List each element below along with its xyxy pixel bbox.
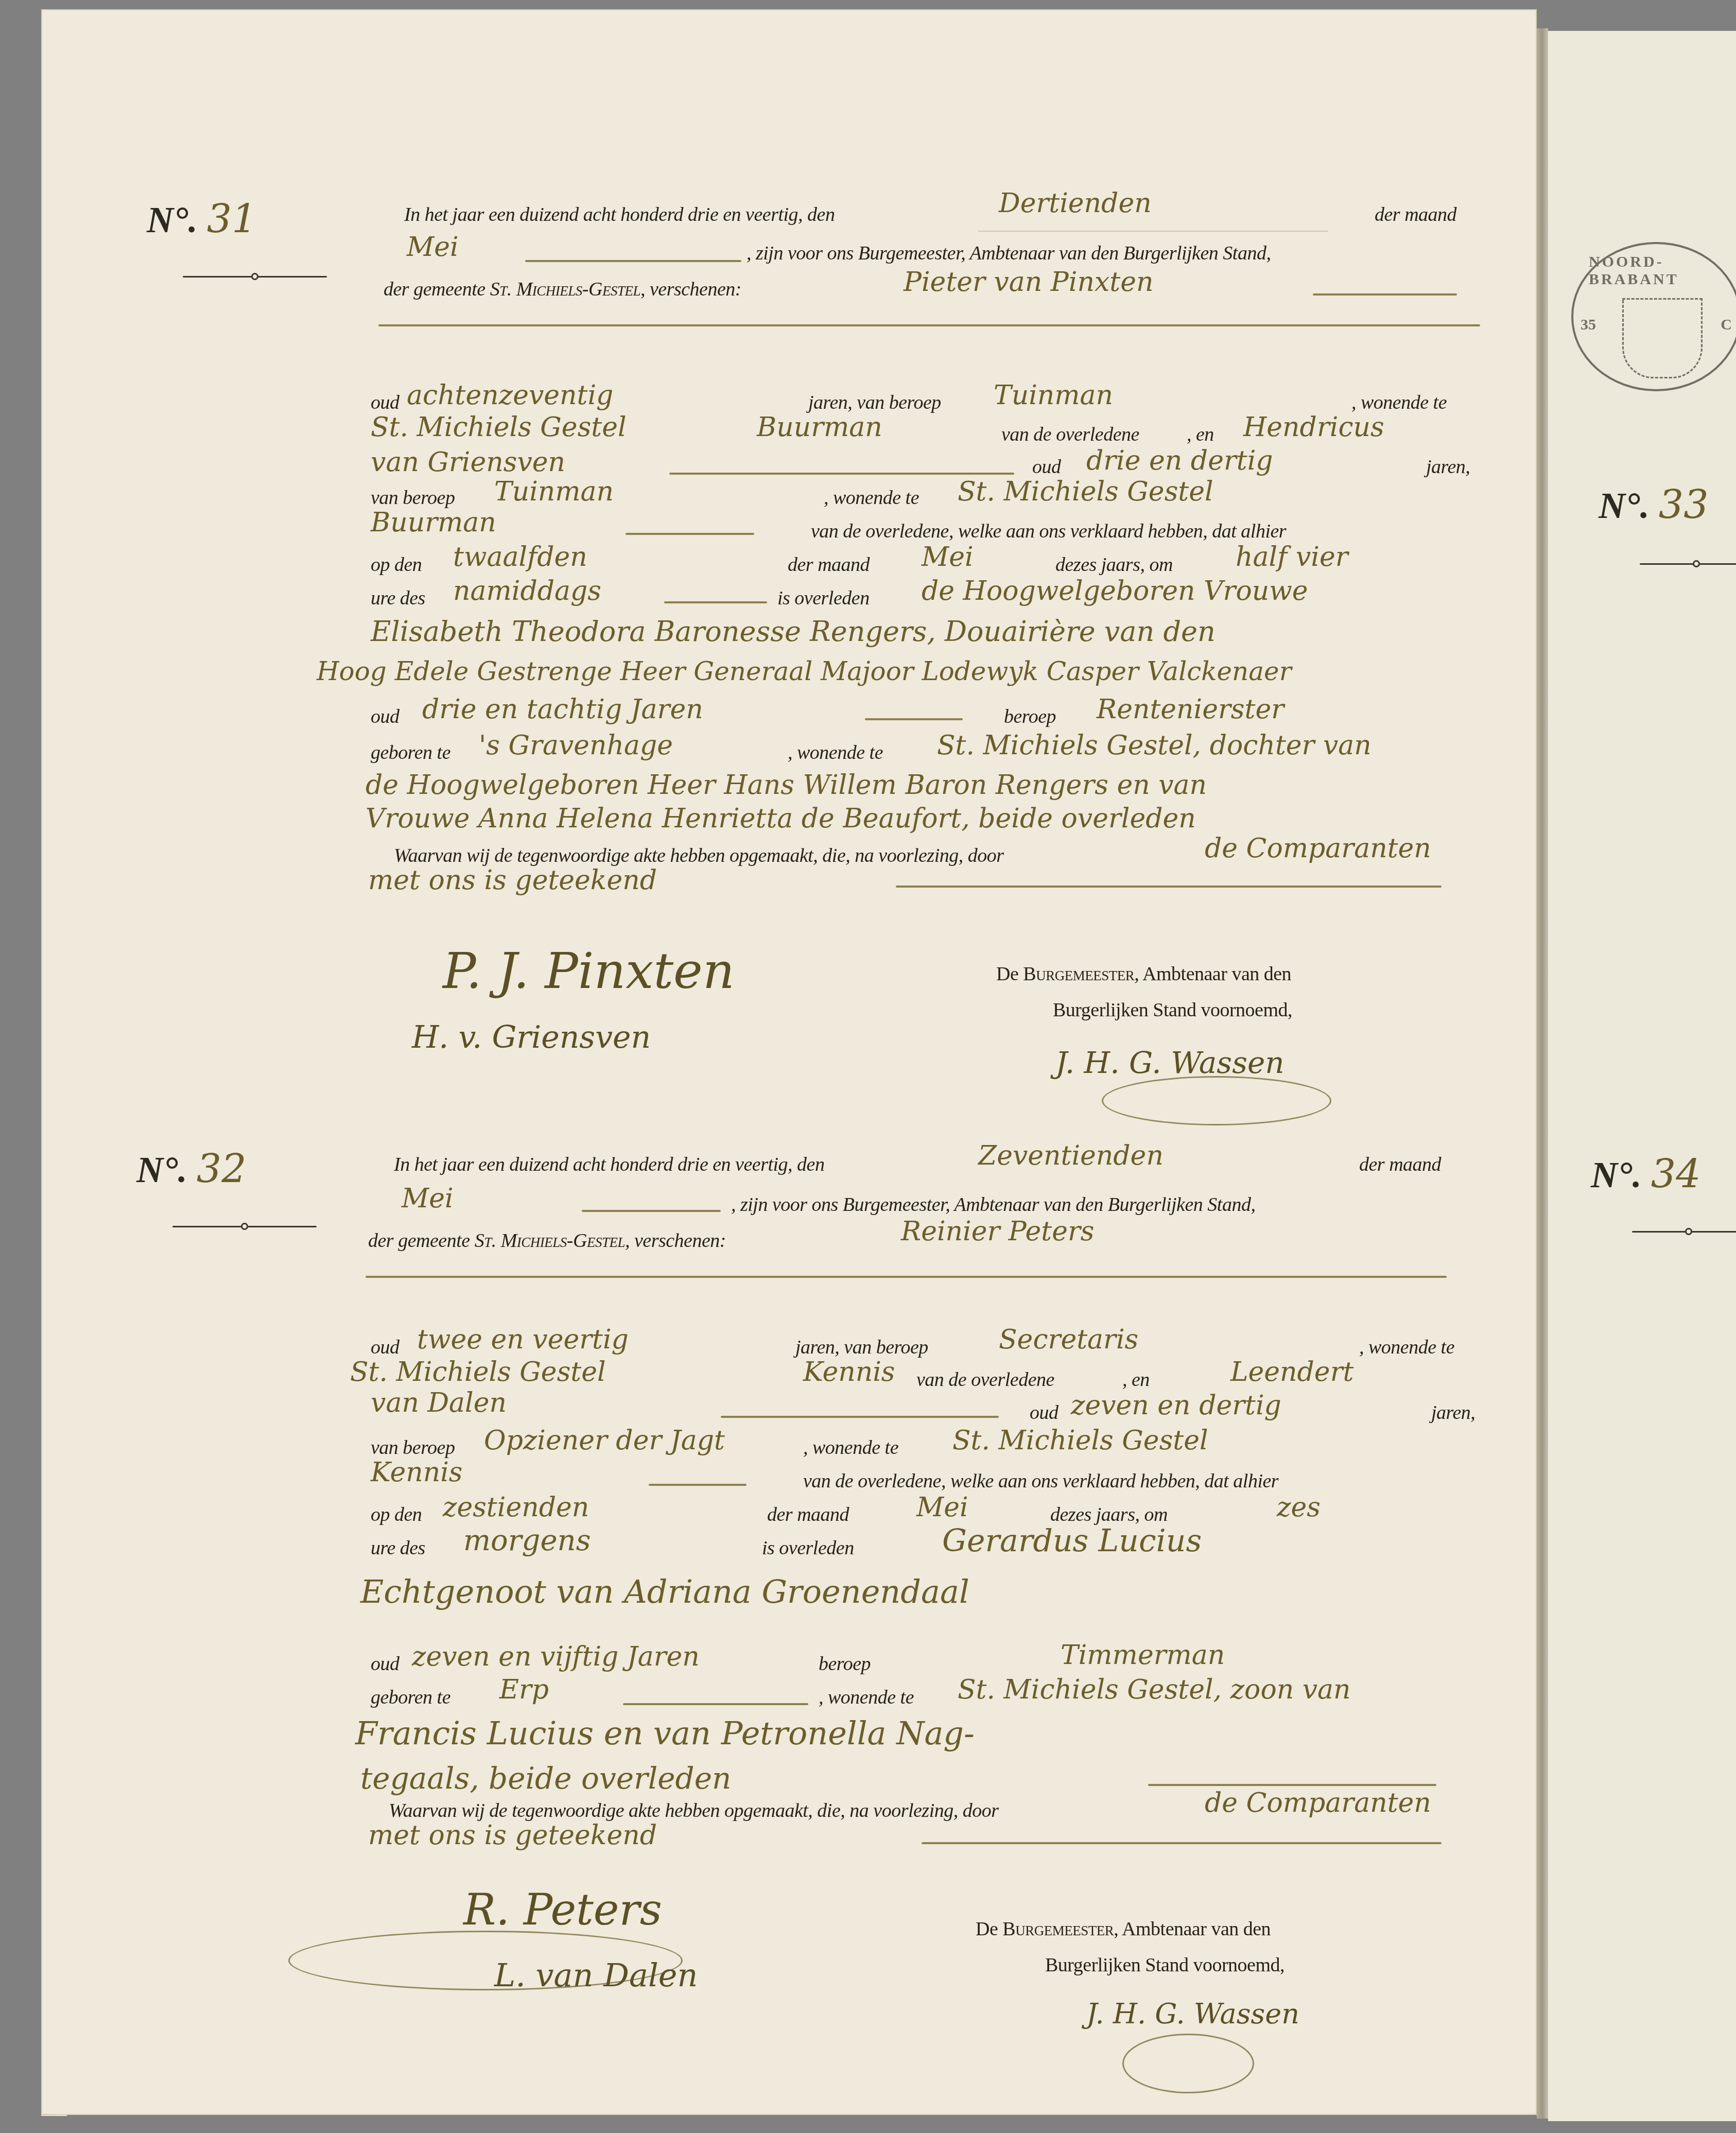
entry31-declarant2-first: Hendricus <box>1243 412 1384 443</box>
form-wonende-te: , wonende te <box>1359 1336 1454 1359</box>
form-der-maand: der maand <box>767 1503 849 1526</box>
fill-line <box>366 1276 1447 1278</box>
entry31-closing-1: de Comparanten <box>1205 833 1431 864</box>
entry32-declarant1-age: twee en veertig <box>417 1324 629 1355</box>
form-van-beroep: van beroep <box>371 487 455 509</box>
form-line1-suffix: der maand <box>1375 203 1456 226</box>
entry-no-label: N°. <box>147 199 198 240</box>
entry31-month: Mei <box>407 232 459 263</box>
entry31-declarant1-residence: St. Michiels Gestel <box>371 412 627 443</box>
ornament-divider <box>183 273 327 280</box>
entry31-parents-line1: de Hoogwelgeboren Heer Hans Willem Baron… <box>366 770 1207 801</box>
mayor-title-line2: Burgerlijken Stand voornoemd, <box>1053 999 1292 1021</box>
form-wonende-te: , wonende te <box>803 1436 898 1459</box>
form-line1-prefix: In het jaar een duizend acht honderd dri… <box>394 1153 824 1176</box>
form-is-overleden: is overleden <box>777 587 870 610</box>
form-ure-des: ure des <box>371 587 425 610</box>
entry31-declarant2-relation: Buurman <box>371 507 496 538</box>
entry32-closing-2: met ons is geteekend <box>368 1820 657 1851</box>
entry32-month: Mei <box>402 1183 454 1214</box>
form-welke: van de overledene, welke aan ons verklaa… <box>803 1470 1278 1493</box>
entry32-death-hour: zes <box>1277 1492 1321 1523</box>
form-line2-suffix: , zijn voor ons Burgemeester, Ambtenaar … <box>731 1193 1255 1216</box>
entry32-birthplace: Erp <box>499 1674 549 1705</box>
entry32-death-day: zestienden <box>443 1492 589 1523</box>
entry32-deceased-occupation: Timmerman <box>1061 1640 1225 1671</box>
entry31-declarant2-last: van Griensven <box>371 447 565 478</box>
entry32-deceased-line2: Echtgenoot van Adriana Groenendaal <box>360 1573 969 1610</box>
entry32-declarant1-residence: St. Michiels Gestel <box>350 1357 606 1388</box>
fill-line <box>525 260 741 262</box>
entry32-day: Zeventienden <box>978 1140 1164 1171</box>
entry31-declarant1-age: achtenzeventig <box>407 380 613 411</box>
form-wonende-te: , wonende te <box>1351 391 1447 414</box>
signature-flourish <box>1122 2034 1254 2093</box>
entry32-residence: St. Michiels Gestel, zoon van <box>958 1674 1351 1705</box>
entry-number-34: N°. 34 <box>1591 1151 1701 1196</box>
ornament-divider <box>1640 560 1736 567</box>
form-en: , en <box>1122 1368 1150 1391</box>
fill-line <box>721 1416 999 1418</box>
form-op-den: op den <box>371 1503 422 1526</box>
form-waarvan: Waarvan wij de tegenwoordige akte hebben… <box>389 1799 998 1822</box>
entry32-declarant2-age: zeven en dertig <box>1071 1390 1281 1421</box>
entry-no-label: N°. <box>136 1149 187 1190</box>
entry31-closing-2: met ons is geteekend <box>368 865 657 896</box>
form-jaren-van-beroep: jaren, van beroep <box>808 391 941 414</box>
fill-line <box>649 1484 747 1486</box>
form-line3-prefix: der gemeente St. Michiels-Gestel, versch… <box>384 278 741 301</box>
form-oud: oud <box>371 1653 400 1675</box>
entry32-parents-line2: tegaals, beide overleden <box>360 1761 731 1796</box>
form-van-de-overledene: van de overledene <box>1001 423 1139 446</box>
form-line1-suffix: der maand <box>1359 1153 1441 1176</box>
entry31-declarant2-residence: St. Michiels Gestel <box>958 476 1213 507</box>
entry31-death-month: Mei <box>922 542 974 573</box>
entry31-deceased-line3: Hoog Edele Gestrenge Heer Generaal Majoo… <box>317 656 1292 686</box>
entry32-declarant2-relation: Kennis <box>371 1457 463 1488</box>
entry-no-value: 32 <box>197 1146 247 1191</box>
coat-of-arms-icon <box>1622 298 1703 378</box>
fill-line <box>865 718 963 720</box>
book-gutter <box>1537 28 1548 2119</box>
form-ure-des: ure des <box>371 1537 425 1559</box>
entry32-parents-line1: Francis Lucius en van Petronella Nag- <box>355 1714 975 1752</box>
fill-line <box>669 473 1014 475</box>
entry-number-33: N°. 33 <box>1599 481 1709 527</box>
form-line2-suffix: , zijn voor ons Burgemeester, Ambtenaar … <box>747 242 1271 265</box>
fill-rule <box>978 231 1328 232</box>
entry32-declarant2-last: van Dalen <box>371 1388 507 1418</box>
entry32-deceased-age: zeven en vijftig Jaren <box>412 1641 700 1672</box>
fill-line <box>582 1210 721 1212</box>
entry-number-31: N°. 31 <box>147 196 257 241</box>
entry32-declarant1-occupation: Secretaris <box>999 1324 1138 1355</box>
form-line1-prefix: In het jaar een duizend acht honderd dri… <box>404 203 835 226</box>
ornament-divider <box>1632 1228 1736 1235</box>
entry32-death-time-of-day: morgens <box>463 1524 591 1557</box>
entry-no-value: 31 <box>207 196 257 241</box>
entry31-declarant1: Pieter van Pinxten <box>904 267 1153 298</box>
entry32-deceased-line1: Gerardus Lucius <box>942 1523 1202 1559</box>
fill-line <box>623 1703 808 1705</box>
entry31-day: Dertienden <box>999 188 1152 219</box>
entry31-birthplace: 's Gravenhage <box>479 730 673 761</box>
entry31-declarant2-occupation: Tuinman <box>494 476 614 507</box>
form-der-maand: der maand <box>788 553 870 576</box>
entry32-closing-1: de Comparanten <box>1205 1788 1431 1818</box>
mayor-title-line1: De Burgemeester, Ambtenaar van den <box>996 963 1291 985</box>
signature-flourish <box>1102 1076 1331 1125</box>
entry31-signature-1: P. J. Pinxten <box>443 942 735 1000</box>
form-jaren: jaren, <box>1426 456 1470 478</box>
entry32-declarant2-occupation: Opziener der Jagt <box>484 1425 725 1456</box>
form-beroep: beroep <box>1004 705 1056 728</box>
entry31-residence: St. Michiels Gestel, dochter van <box>937 730 1372 761</box>
form-op-den: op den <box>371 553 422 576</box>
entry32-declarant1: Reinier Peters <box>901 1216 1094 1247</box>
form-en: , en <box>1187 423 1214 446</box>
form-oud: oud <box>1030 1401 1058 1424</box>
entry32-declarant1-relation: Kennis <box>803 1357 895 1388</box>
form-van-de-overledene: van de overledene <box>916 1368 1054 1391</box>
fill-line <box>1313 293 1457 296</box>
ornament-divider <box>172 1223 317 1230</box>
entry31-declarant2-age: drie en dertig <box>1086 445 1273 476</box>
fill-line <box>896 886 1442 888</box>
entry32-death-month: Mei <box>916 1492 968 1523</box>
fill-line <box>626 533 754 535</box>
entry31-mayor-signature: J. H. G. Wassen <box>1055 1045 1284 1080</box>
entry31-deceased-line1: de Hoogwelgeboren Vrouwe <box>922 576 1308 606</box>
form-dezes-jaars: dezes jaars, om <box>1055 553 1173 576</box>
official-stamp: NOORD-BRABANT 35 C <box>1571 242 1736 391</box>
entry32-mayor-signature: J. H. G. Wassen <box>1086 1998 1299 2030</box>
form-oud: oud <box>371 1336 400 1359</box>
entry-number-32: N°. 32 <box>136 1146 247 1191</box>
entry32-declarant2-residence: St. Michiels Gestel <box>952 1425 1208 1456</box>
form-oud: oud <box>1032 456 1061 478</box>
form-line3-prefix: der gemeente St. Michiels-Gestel, versch… <box>368 1229 726 1252</box>
form-oud: oud <box>371 391 400 414</box>
entry32-signature-2: L. van Dalen <box>494 1956 698 1994</box>
form-jaren-van-beroep: jaren, van beroep <box>795 1336 928 1359</box>
entry31-parents-line2: Vrouwe Anna Helena Henrietta de Beaufort… <box>366 803 1196 834</box>
fill-line <box>378 324 1480 326</box>
form-welke: van de overledene, welke aan ons verklaa… <box>811 520 1286 543</box>
form-jaren: jaren, <box>1431 1401 1475 1424</box>
entry31-deceased-line2: Elisabeth Theodora Baronesse Rengers, Do… <box>371 615 1216 648</box>
mayor-title-line1: De Burgemeester, Ambtenaar van den <box>976 1918 1271 1940</box>
fill-line <box>664 601 767 603</box>
form-waarvan: Waarvan wij de tegenwoordige akte hebben… <box>394 844 1003 867</box>
form-wonende-te: , wonende te <box>819 1686 914 1709</box>
form-wonende-te: , wonende te <box>824 487 919 509</box>
entry32-declarant2-first: Leendert <box>1230 1357 1353 1388</box>
form-wonende-te: , wonende te <box>788 741 883 764</box>
entry31-deceased-occupation: Rentenierster <box>1097 694 1284 725</box>
form-is-overleden: is overleden <box>762 1537 854 1559</box>
fill-line <box>1148 1784 1436 1786</box>
entry31-declarant1-relation: Buurman <box>757 412 882 443</box>
form-oud: oud <box>371 705 400 728</box>
entry31-death-time-of-day: namiddags <box>453 576 601 606</box>
form-geboren-te: geboren te <box>371 741 450 764</box>
entry31-deceased-age: drie en tachtig Jaren <box>422 694 703 725</box>
entry31-death-hour: half vier <box>1236 542 1348 573</box>
form-geboren-te: geboren te <box>371 1686 450 1709</box>
form-beroep: beroep <box>819 1653 871 1675</box>
form-van-beroep: van beroep <box>371 1436 455 1459</box>
entry32-signature-1: R. Peters <box>463 1884 662 1935</box>
mayor-title-line2: Burgerlijken Stand voornoemd, <box>1045 1954 1284 1976</box>
entry31-declarant1-occupation: Tuinman <box>994 380 1113 411</box>
entry31-signature-2: H. v. Griensven <box>412 1019 651 1055</box>
entry31-death-day: twaalfden <box>453 542 587 573</box>
fill-line <box>922 1842 1442 1844</box>
